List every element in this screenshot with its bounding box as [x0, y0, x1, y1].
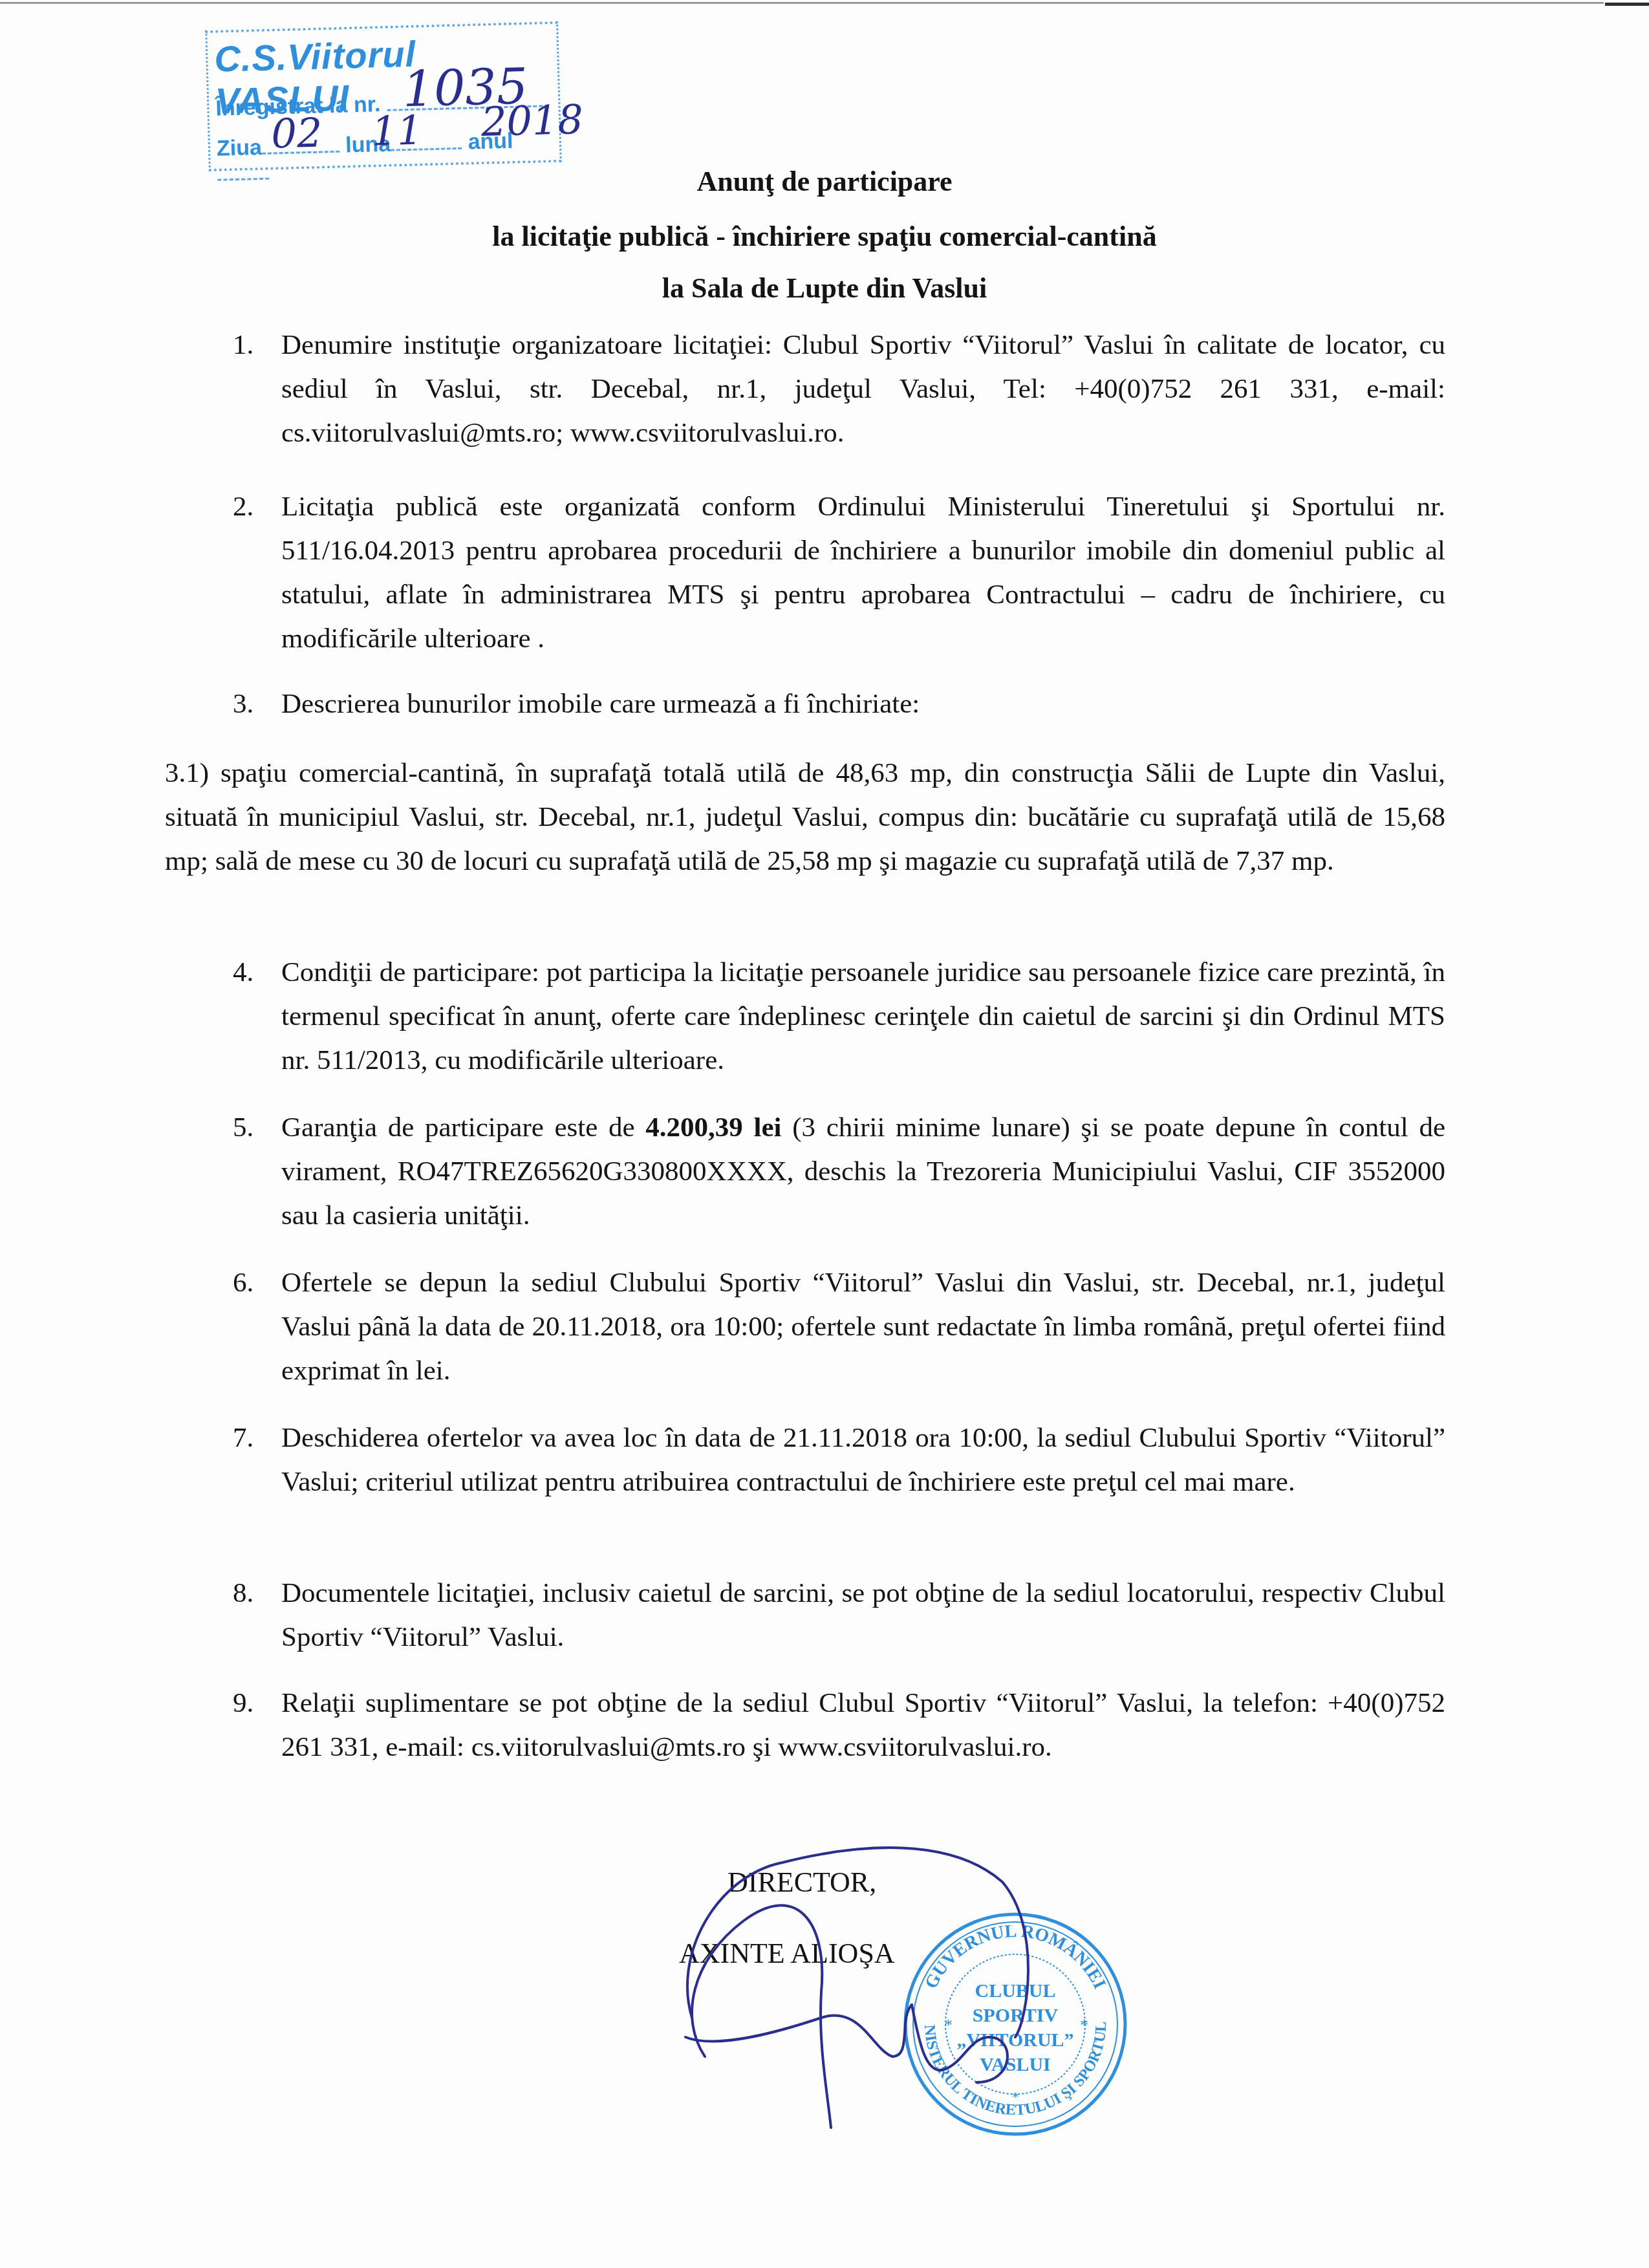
item-text: Denumire instituţie organizatoare licita… — [281, 330, 1445, 448]
item-text: Relaţii suplimentare se pot obţine de la… — [281, 1688, 1445, 1762]
item-number: 2. — [233, 485, 253, 529]
item-number: 1. — [233, 323, 253, 367]
registration-month: 11 — [371, 106, 423, 155]
item-5: 5. Garanţia de participare este de 4.200… — [281, 1106, 1445, 1238]
item-number: 3. — [233, 682, 253, 726]
guarantee-amount: 4.200,39 lei — [645, 1112, 781, 1143]
item-text: Ofertele se depun la sediul Clubului Spo… — [281, 1268, 1445, 1386]
item-7: 7. Deschiderea ofertelor va avea loc în … — [281, 1416, 1445, 1504]
handwritten-signature — [666, 1824, 1054, 2134]
item-6: 6. Ofertele se depun la sediul Clubului … — [281, 1261, 1445, 1393]
scan-edge-mark — [1605, 3, 1649, 6]
registration-stamp: C.S.Viitorul VASLUI 1035 Înregistrat la … — [205, 21, 562, 171]
item-text: Condiţii de participare: pot participa l… — [281, 957, 1445, 1075]
registration-year: 2018 — [480, 96, 584, 146]
item-text: 3.1) spaţiu comercial-cantină, în supraf… — [165, 758, 1445, 876]
registration-day: 02 — [271, 109, 323, 158]
document-title: Anunţ de participare — [0, 165, 1649, 198]
document-location: la Sala de Lupte din Vaslui — [0, 272, 1649, 305]
item-text: Deschiderea ofertelor va avea loc în dat… — [281, 1423, 1445, 1497]
item-number: 6. — [233, 1261, 253, 1305]
item-number: 4. — [233, 951, 253, 995]
item-3: 3. Descrierea bunurilor imobile care urm… — [281, 682, 1445, 726]
scan-edge-line — [0, 2, 1604, 4]
document-subtitle: la licitaţie publică - închiriere spaţiu… — [0, 220, 1649, 253]
item-number: 8. — [233, 1571, 253, 1615]
item-text: Licitaţia publică este organizată confor… — [281, 491, 1445, 654]
day-label: Ziua — [217, 135, 263, 161]
item-1: 1. Denumire instituţie organizatoare lic… — [281, 323, 1445, 455]
item-number: 5. — [233, 1106, 253, 1150]
item-3-1: 3.1) spaţiu comercial-cantină, în supraf… — [165, 751, 1445, 883]
item-text: Descrierea bunurilor imobile care urmeaz… — [281, 689, 920, 719]
item-number: 9. — [233, 1681, 253, 1725]
item-9: 9. Relaţii suplimentare se pot obţine de… — [281, 1681, 1445, 1769]
item-2: 2. Licitaţia publică este organizată con… — [281, 485, 1445, 661]
item-number: 7. — [233, 1416, 253, 1460]
item-text: Documentele licitaţiei, inclusiv caietul… — [281, 1578, 1445, 1652]
item-text-before: Garanţia de participare este de — [281, 1112, 645, 1143]
item-8: 8. Documentele licitaţiei, inclusiv caie… — [281, 1571, 1445, 1659]
item-4: 4. Condiţii de participare: pot particip… — [281, 951, 1445, 1083]
